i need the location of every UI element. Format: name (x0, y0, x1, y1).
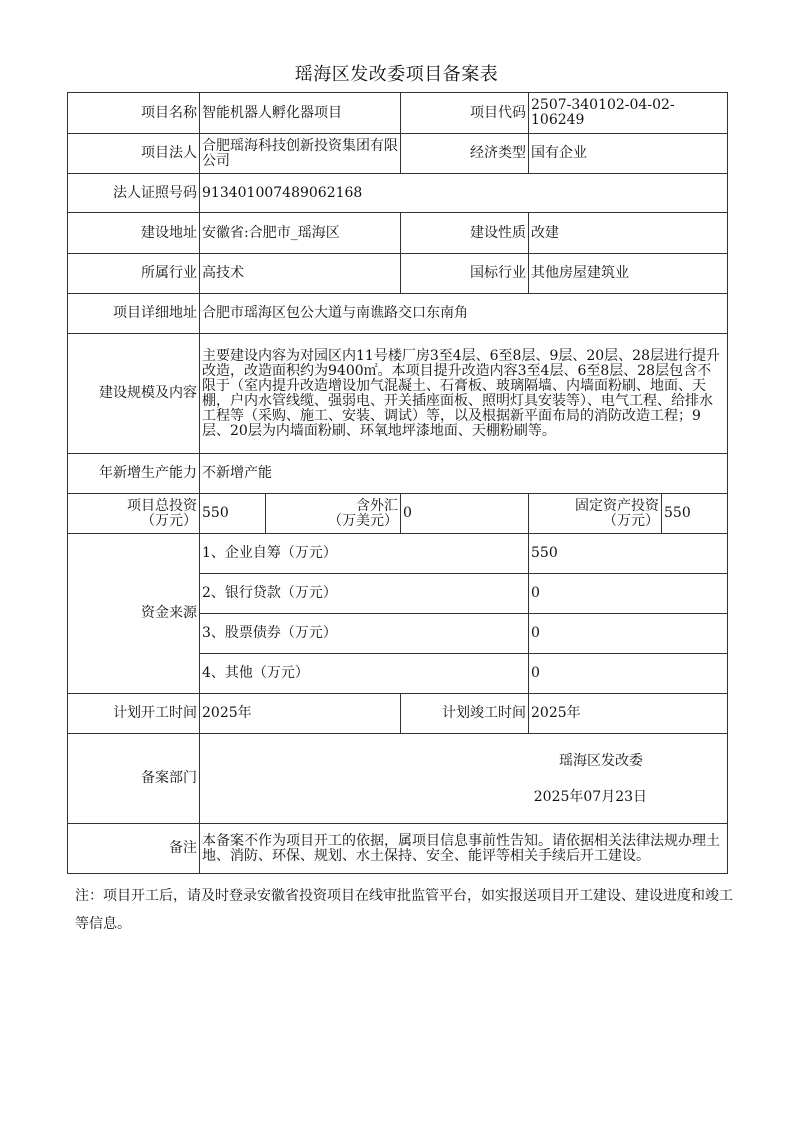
row-project-name: 项目名称 智能机器人孵化器项目 项目代码 2507-340102-04-02-1… (68, 93, 728, 134)
remarks-label: 备注 (68, 824, 200, 874)
location-label: 建设地址 (68, 213, 200, 254)
total-investment-label-line1: 项目总投资 (70, 499, 197, 514)
fixed-asset-label: 固定资产投资 （万元） (529, 494, 662, 534)
license-no-value: 913401007489062168 (200, 174, 728, 213)
project-code-value: 2507-340102-04-02-106249 (529, 93, 728, 134)
filing-dept-date: 2025年07月23日 (202, 787, 647, 807)
footnote: 注：项目开工后，请及时登录安徽省投资项目在线审批监管平台，如实报送项目开工建设、… (75, 882, 735, 938)
project-name-label: 项目名称 (68, 93, 200, 134)
funding-item-label: 2、银行贷款（万元） (200, 574, 529, 614)
total-investment-value: 550 (200, 494, 266, 534)
location-value: 安徽省:合肥市_瑶海区 (200, 213, 401, 254)
foreign-exchange-label-line2: （万美元） (268, 514, 398, 529)
funding-item-value: 0 (529, 614, 728, 654)
row-filing-dept: 备案部门 瑶海区发改委 2025年07月23日 (68, 734, 728, 824)
economic-type-value: 国有企业 (529, 134, 728, 174)
scale-content-value: 主要建设内容为对园区内11号楼厂房3至4层、6至8层、9层、20层、28层进行提… (200, 334, 728, 454)
legal-person-value: 合肥瑶海科技创新投资集团有限公司 (200, 134, 401, 174)
funding-item-value: 550 (529, 534, 728, 574)
construction-nature-value: 改建 (529, 213, 728, 254)
row-license-no: 法人证照号码 913401007489062168 (68, 174, 728, 213)
funding-item-value: 0 (529, 574, 728, 614)
row-scale-content: 建设规模及内容 主要建设内容为对园区内11号楼厂房3至4层、6至8层、9层、20… (68, 334, 728, 454)
industry-value: 高技术 (200, 254, 401, 294)
row-schedule: 计划开工时间 2025年 计划竣工时间 2025年 (68, 694, 728, 734)
planned-completion-label: 计划竣工时间 (401, 694, 529, 734)
funding-label: 资金来源 (68, 534, 200, 694)
foreign-exchange-value: 0 (401, 494, 529, 534)
national-industry-value: 其他房屋建筑业 (529, 254, 728, 294)
scale-content-label: 建设规模及内容 (68, 334, 200, 454)
project-name-value: 智能机器人孵化器项目 (200, 93, 401, 134)
detailed-address-label: 项目详细地址 (68, 294, 200, 334)
row-remarks: 备注 本备案不作为项目开工的依据，属项目信息事前性告知。请依据相关法律法规办理土… (68, 824, 728, 874)
national-industry-label: 国标行业 (401, 254, 529, 294)
fixed-asset-label-line1: 固定资产投资 (531, 499, 659, 514)
row-new-capacity: 年新增生产能力 不新增产能 (68, 454, 728, 494)
funding-row-1: 资金来源 1、企业自筹（万元） 550 (68, 534, 728, 574)
row-industry: 所属行业 高技术 国标行业 其他房屋建筑业 (68, 254, 728, 294)
planned-start-value: 2025年 (200, 694, 401, 734)
row-detailed-address: 项目详细地址 合肥市瑶海区包公大道与南谯路交口东南角 (68, 294, 728, 334)
filing-dept-org: 瑶海区发改委 (202, 751, 647, 771)
funding-item-value: 0 (529, 654, 728, 694)
fixed-asset-value: 550 (662, 494, 728, 534)
industry-label: 所属行业 (68, 254, 200, 294)
foreign-exchange-label: 含外汇 （万美元） (266, 494, 401, 534)
funding-item-label: 4、其他（万元） (200, 654, 529, 694)
funding-item-label: 3、股票债券（万元） (200, 614, 529, 654)
project-filing-table: 项目名称 智能机器人孵化器项目 项目代码 2507-340102-04-02-1… (67, 92, 728, 874)
total-investment-label: 项目总投资 （万元） (68, 494, 200, 534)
row-legal-person: 项目法人 合肥瑶海科技创新投资集团有限公司 经济类型 国有企业 (68, 134, 728, 174)
construction-nature-label: 建设性质 (401, 213, 529, 254)
filing-dept-label: 备案部门 (68, 734, 200, 824)
economic-type-label: 经济类型 (401, 134, 529, 174)
new-capacity-label: 年新增生产能力 (68, 454, 200, 494)
legal-person-label: 项目法人 (68, 134, 200, 174)
detailed-address-value: 合肥市瑶海区包公大道与南谯路交口东南角 (200, 294, 728, 334)
fixed-asset-label-line2: （万元） (531, 514, 659, 529)
remarks-value: 本备案不作为项目开工的依据，属项目信息事前性告知。请依据相关法律法规办理土地、消… (200, 824, 728, 874)
page-title: 瑶海区发改委项目备案表 (0, 60, 793, 86)
row-investment: 项目总投资 （万元） 550 含外汇 （万美元） 0 固定资产投资 （万元） 5… (68, 494, 728, 534)
row-location: 建设地址 安徽省:合肥市_瑶海区 建设性质 改建 (68, 213, 728, 254)
foreign-exchange-label-line1: 含外汇 (268, 499, 398, 514)
funding-item-label: 1、企业自筹（万元） (200, 534, 529, 574)
planned-start-label: 计划开工时间 (68, 694, 200, 734)
project-code-label: 项目代码 (401, 93, 529, 134)
filing-dept-value: 瑶海区发改委 2025年07月23日 (200, 734, 728, 824)
planned-completion-value: 2025年 (529, 694, 728, 734)
license-no-label: 法人证照号码 (68, 174, 200, 213)
new-capacity-value: 不新增产能 (200, 454, 728, 494)
total-investment-label-line2: （万元） (70, 514, 197, 529)
